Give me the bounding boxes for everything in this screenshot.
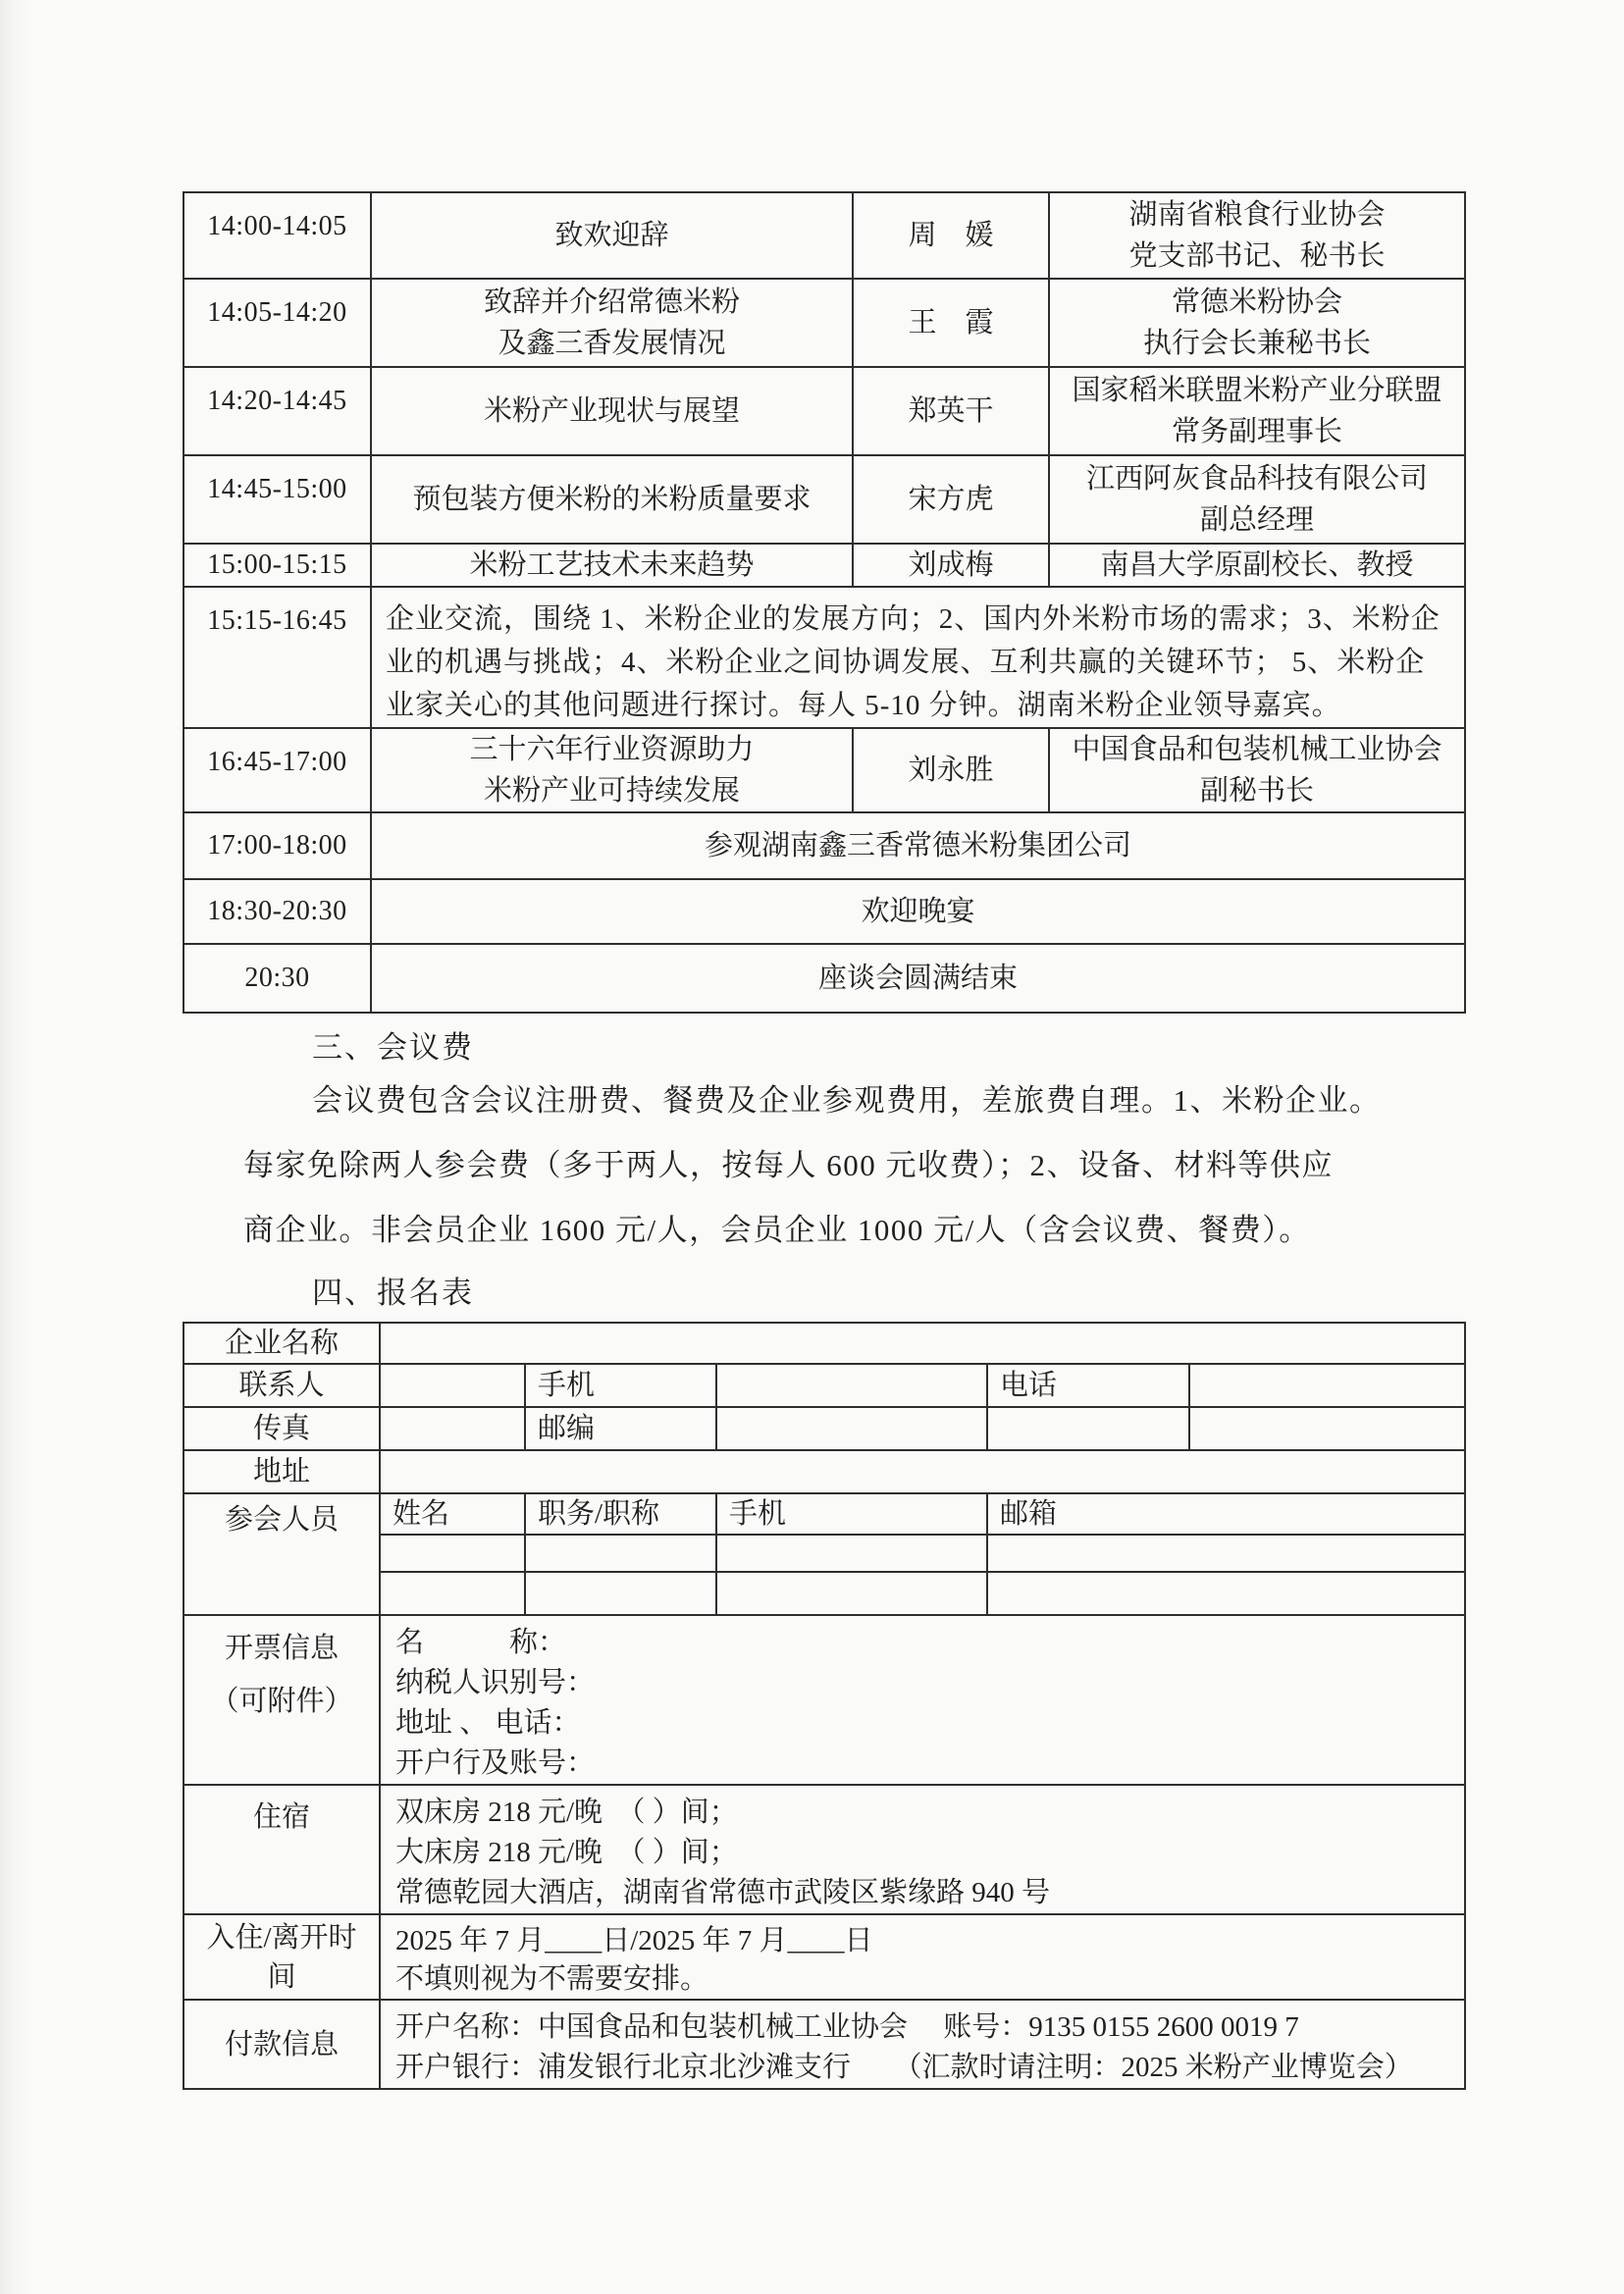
topic-cell: 预包装方便米粉的米粉质量要求 <box>371 455 853 544</box>
topic-cell: 三十六年行业资源助力米粉产业可持续发展 <box>371 728 853 812</box>
schedule-row-merged: 18:30-20:30 欢迎晚宴 <box>183 879 1465 944</box>
invoice-fields-cell: 名 称： 纳税人识别号： 地址 、 电话： 开户行及账号： <box>380 1615 1465 1785</box>
org-cell: 常德米粉协会执行会长兼秘书长 <box>1049 279 1465 367</box>
org-cell: 江西阿灰食品科技有限公司副总经理 <box>1049 455 1465 544</box>
schedule-row-merged: 17:00-18:00 参观湖南鑫三香常德米粉集团公司 <box>183 812 1465 879</box>
time-cell: 14:20-14:45 <box>183 367 371 455</box>
schedule-row: 14:05-14:20 致辞并介绍常德米粉及鑫三香发展情况 王 霞 常德米粉协会… <box>183 279 1465 367</box>
time-cell: 15:00-15:15 <box>183 544 371 587</box>
payment-line: 开户名称：中国食品和包装机械工业协会 账号：9135 0155 2600 001… <box>395 2007 1464 2048</box>
schedule-row: 14:20-14:45 米粉产业现状与展望 郑英干 国家稻米联盟米粉产业分联盟常… <box>183 367 1465 455</box>
paragraph-line: 每家免除两人参会费（多于两人，按每人 600 元收费）；2、设备、材料等供应 <box>243 1133 1401 1198</box>
time-cell: 17:00-18:00 <box>183 812 371 879</box>
attendee-mobile-cell <box>716 1572 987 1615</box>
attendee-title-label: 职务/职称 <box>525 1493 716 1535</box>
contact-label: 联系人 <box>183 1364 380 1407</box>
fee-paragraph: 会议费包含会议注册费、餐费及企业参观费用，差旅费自理。1、米粉企业。 每家免除两… <box>243 1069 1401 1263</box>
company-row: 企业名称 <box>183 1323 1465 1364</box>
form-section-heading: 四、报名表 <box>312 1268 474 1312</box>
attendees-header-row: 参会人员 姓名 职务/职称 手机 邮箱 <box>183 1493 1465 1535</box>
attendee-mobile-label: 手机 <box>716 1493 987 1535</box>
contact-input-cell <box>380 1364 525 1407</box>
attendee-name-cell <box>380 1535 525 1572</box>
attendee-email-cell <box>987 1535 1465 1572</box>
speaker-cell: 刘永胜 <box>853 728 1049 812</box>
checkin-label: 入住/离开时 间 <box>183 1914 380 2000</box>
mobile-label: 手机 <box>525 1364 716 1407</box>
topic-cell: 致辞并介绍常德米粉及鑫三香发展情况 <box>371 279 853 367</box>
contact-row: 联系人 手机 电话 <box>183 1364 1465 1407</box>
discussion-text-cell: 企业交流，围绕 1、米粉企业的发展方向；2、国内外米粉市场的需求；3、米粉企 业… <box>371 587 1465 728</box>
mobile-input-cell <box>716 1364 987 1407</box>
address-label: 地址 <box>183 1450 380 1493</box>
checkin-row: 入住/离开时 间 2025 年 7 月____日/2025 年 7 月____日… <box>183 1914 1465 2000</box>
invoice-line: 开户行及账号： <box>395 1744 1464 1784</box>
time-cell: 16:45-17:00 <box>183 728 371 812</box>
attendee-name-label: 姓名 <box>380 1493 525 1535</box>
org-cell: 湖南省粮食行业协会党支部书记、秘书长 <box>1049 192 1465 279</box>
attendee-email-cell <box>987 1572 1465 1615</box>
time-cell: 14:45-15:00 <box>183 455 371 544</box>
topic-cell: 米粉工艺技术未来趋势 <box>371 544 853 587</box>
blank-cell <box>1189 1407 1465 1450</box>
lodging-label: 住宿 <box>183 1785 380 1914</box>
speaker-cell: 周 媛 <box>853 192 1049 279</box>
time-cell: 14:05-14:20 <box>183 279 371 367</box>
attendees-label: 参会人员 <box>183 1493 380 1615</box>
payment-label: 付款信息 <box>183 2000 380 2089</box>
lodging-line: 双床房 218 元/晚 （ ）间； <box>395 1793 1464 1833</box>
invoice-line: 纳税人识别号： <box>395 1663 1464 1703</box>
paragraph-line: 商企业。非会员企业 1600 元/人，会员企业 1000 元/人（含会议费、餐费… <box>243 1198 1401 1263</box>
invoice-line: 名 称： <box>395 1623 1464 1663</box>
checkin-line: 2025 年 7 月____日/2025 年 7 月____日 <box>395 1922 1464 1960</box>
activity-cell: 参观湖南鑫三香常德米粉集团公司 <box>371 812 1465 879</box>
attendee-mobile-cell <box>716 1535 987 1572</box>
checkin-dates-cell: 2025 年 7 月____日/2025 年 7 月____日 不填则视为不需要… <box>380 1914 1465 2000</box>
fax-row: 传真 邮编 <box>183 1407 1465 1450</box>
invoice-line: 地址 、 电话： <box>395 1703 1464 1744</box>
lodging-line: 常德乾园大酒店，湖南省常德市武陵区紫缘路 940 号 <box>395 1873 1464 1913</box>
fax-input-cell <box>380 1407 525 1450</box>
activity-cell: 座谈会圆满结束 <box>371 944 1465 1013</box>
schedule-row: 15:00-15:15 米粉工艺技术未来趋势 刘成梅 南昌大学原副校长、教授 <box>183 544 1465 587</box>
schedule-table: 14:00-14:05 致欢迎辞 周 媛 湖南省粮食行业协会党支部书记、秘书长 … <box>183 191 1466 1014</box>
blank-cell <box>987 1407 1189 1450</box>
lodging-options-cell: 双床房 218 元/晚 （ ）间； 大床房 218 元/晚 （ ）间； 常德乾园… <box>380 1785 1465 1914</box>
org-cell: 国家稻米联盟米粉产业分联盟常务副理事长 <box>1049 367 1465 455</box>
fee-section-heading: 三、会议费 <box>312 1022 474 1067</box>
lodging-row: 住宿 双床房 218 元/晚 （ ）间； 大床房 218 元/晚 （ ）间； 常… <box>183 1785 1465 1914</box>
checkin-line: 不填则视为不需要安排。 <box>395 1960 1464 1999</box>
invoice-label: 开票信息 （可附件） <box>183 1615 380 1785</box>
time-cell: 20:30 <box>183 944 371 1013</box>
attendee-title-cell <box>525 1572 716 1615</box>
paragraph-line: 会议费包含会议注册费、餐费及企业参观费用，差旅费自理。1、米粉企业。 <box>243 1069 1401 1133</box>
phone-label: 电话 <box>987 1364 1189 1407</box>
registration-table: 企业名称 联系人 手机 电话 传真 邮编 地址 <box>183 1322 1466 2090</box>
org-cell: 中国食品和包装机械工业协会副秘书长 <box>1049 728 1465 812</box>
org-cell: 南昌大学原副校长、教授 <box>1049 544 1465 587</box>
attendee-email-label: 邮箱 <box>987 1493 1465 1535</box>
payment-line: 开户银行：浦发银行北京北沙滩支行 （汇款时请注明：2025 米粉产业博览会） <box>395 2048 1464 2088</box>
schedule-row: 14:00-14:05 致欢迎辞 周 媛 湖南省粮食行业协会党支部书记、秘书长 <box>183 192 1465 279</box>
time-cell: 15:15-16:45 <box>183 587 371 728</box>
activity-cell: 欢迎晚宴 <box>371 879 1465 944</box>
speaker-cell: 刘成梅 <box>853 544 1049 587</box>
speaker-cell: 宋方虎 <box>853 455 1049 544</box>
address-input-cell <box>380 1450 1465 1493</box>
payment-row: 付款信息 开户名称：中国食品和包装机械工业协会 账号：9135 0155 260… <box>183 2000 1465 2089</box>
attendee-title-cell <box>525 1535 716 1572</box>
time-cell: 14:00-14:05 <box>183 192 371 279</box>
topic-cell: 米粉产业现状与展望 <box>371 367 853 455</box>
address-row: 地址 <box>183 1450 1465 1493</box>
speaker-cell: 郑英干 <box>853 367 1049 455</box>
company-label: 企业名称 <box>183 1323 380 1364</box>
lodging-line: 大床房 218 元/晚 （ ）间； <box>395 1833 1464 1873</box>
phone-input-cell <box>1189 1364 1465 1407</box>
schedule-row-discussion: 15:15-16:45 企业交流，围绕 1、米粉企业的发展方向；2、国内外米粉市… <box>183 587 1465 728</box>
zip-label: 邮编 <box>525 1407 716 1450</box>
schedule-row: 16:45-17:00 三十六年行业资源助力米粉产业可持续发展 刘永胜 中国食品… <box>183 728 1465 812</box>
fax-label: 传真 <box>183 1407 380 1450</box>
company-input-cell <box>380 1323 1465 1364</box>
scanned-document-page: 14:00-14:05 致欢迎辞 周 媛 湖南省粮食行业协会党支部书记、秘书长 … <box>0 0 1624 2294</box>
speaker-cell: 王 霞 <box>853 279 1049 367</box>
payment-details-cell: 开户名称：中国食品和包装机械工业协会 账号：9135 0155 2600 001… <box>380 2000 1465 2089</box>
zip-input-cell <box>716 1407 987 1450</box>
schedule-row-merged: 20:30 座谈会圆满结束 <box>183 944 1465 1013</box>
time-cell: 18:30-20:30 <box>183 879 371 944</box>
schedule-row: 14:45-15:00 预包装方便米粉的米粉质量要求 宋方虎 江西阿灰食品科技有… <box>183 455 1465 544</box>
topic-cell: 致欢迎辞 <box>371 192 853 279</box>
invoice-row: 开票信息 （可附件） 名 称： 纳税人识别号： 地址 、 电话： 开户行及账号： <box>183 1615 1465 1785</box>
attendee-name-cell <box>380 1572 525 1615</box>
